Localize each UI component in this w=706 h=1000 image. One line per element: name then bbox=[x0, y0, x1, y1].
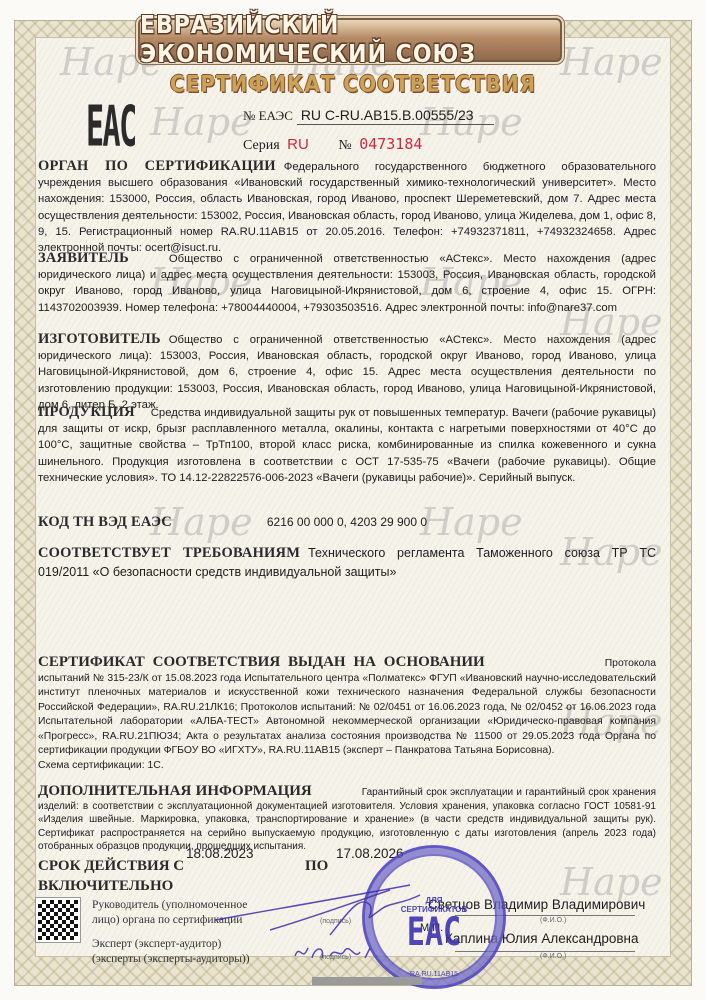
section-heading: ОРГАН ПО СЕРТИФИКАЦИИ bbox=[38, 158, 276, 174]
section-requirements: СООТВЕТСТВУЕТ ТРЕБОВАНИЯМТехнического ре… bbox=[38, 544, 656, 582]
section-heading: ЗАЯВИТЕЛЬ bbox=[38, 250, 129, 266]
section-additional-info: ДОПОЛНИТЕЛЬНАЯ ИНФОРМАЦИЯГарантийный сро… bbox=[38, 785, 656, 854]
registration-number: № ЕАЭС RU C-RU.АВ15.В.00555/23 bbox=[243, 107, 494, 124]
section-heading: ИЗГОТОВИТЕЛЬ bbox=[38, 331, 161, 347]
section-manufacturer: ИЗГОТОВИТЕЛЬОбщество с ограниченной отве… bbox=[38, 331, 656, 413]
expert-label-line-2: (эксперты (эксперты-аудиторы)) bbox=[92, 952, 250, 967]
eaeu-banner-text: ЕВРАЗИЙСКИЙ ЭКОНОМИЧЕСКИЙ СОЮЗ bbox=[140, 11, 560, 69]
expert-signature-icon bbox=[290, 938, 380, 968]
section-applicant: ЗАЯВИТЕЛЬОбщество с ограниченной ответст… bbox=[38, 250, 656, 316]
validity-from-label: СРОК ДЕЙСТВИЯ С bbox=[38, 858, 184, 875]
section-heading: СЕРТИФИКАТ СООТВЕТСТВИЯ ВЫДАН НА ОСНОВАН… bbox=[38, 654, 485, 670]
fio-caption: (Ф.И.О.) bbox=[540, 917, 566, 924]
section-text: 6216 00 000 0, 4203 29 900 0 bbox=[267, 515, 427, 529]
form-printer-tag bbox=[312, 977, 422, 985]
certification-scheme: Схема сертификации: 1С. bbox=[38, 759, 656, 774]
fio-caption: (Ф.И.О.) bbox=[540, 953, 566, 960]
registration-value: RU C-RU.АВ15.В.00555/23 bbox=[297, 107, 494, 125]
series-label: Серия bbox=[243, 138, 280, 153]
section-heading: КОД ТН ВЭД ЕАЭС bbox=[38, 514, 172, 530]
eaeu-banner: ЕВРАЗИЙСКИЙ ЭКОНОМИЧЕСКИЙ СОЮЗ bbox=[138, 18, 562, 62]
validity-inclusive-label: ВКЛЮЧИТЕЛЬНО bbox=[38, 878, 173, 895]
section-heading: ПРОДУКЦИЯ bbox=[38, 404, 135, 420]
eac-logo-icon: ЕАС bbox=[86, 95, 136, 159]
section-certification-body: ОРГАН ПО СЕРТИФИКАЦИИФедерального госуда… bbox=[38, 158, 656, 256]
certificate-title: СЕРТИФИКАТ СООТВЕТСТВИЯ bbox=[0, 71, 706, 97]
number-label: № bbox=[338, 138, 351, 153]
serial-number: 0473184 bbox=[359, 135, 422, 153]
validity-to-label: ПО bbox=[305, 858, 328, 875]
validity-date-from: 18.08.2023 bbox=[186, 846, 254, 861]
section-heading: СООТВЕТСТВУЕТ ТРЕБОВАНИЯМ bbox=[38, 545, 300, 561]
section-product: ПРОДУКЦИЯСредства индивидуальной защиты … bbox=[38, 404, 656, 486]
registration-label: № ЕАЭС bbox=[243, 108, 293, 123]
section-text: Федерального государственного бюджетного… bbox=[38, 161, 656, 254]
section-hs-code: КОД ТН ВЭД ЕАЭС6216 00 000 0, 4203 29 90… bbox=[38, 514, 656, 531]
section-basis: СЕРТИФИКАТ СООТВЕТСТВИЯ ВЫДАН НА ОСНОВАН… bbox=[38, 655, 656, 773]
qr-code[interactable] bbox=[36, 898, 80, 942]
section-heading: ДОПОЛНИТЕЛЬНАЯ ИНФОРМАЦИЯ bbox=[38, 783, 312, 799]
series-line: Серия RU № 0473184 bbox=[243, 135, 422, 154]
section-text: Протокола испытаний № 315-23/К от 15.08.… bbox=[38, 658, 656, 756]
series-value: RU bbox=[287, 136, 309, 153]
section-text: Общество с ограниченной ответственностью… bbox=[38, 253, 656, 314]
